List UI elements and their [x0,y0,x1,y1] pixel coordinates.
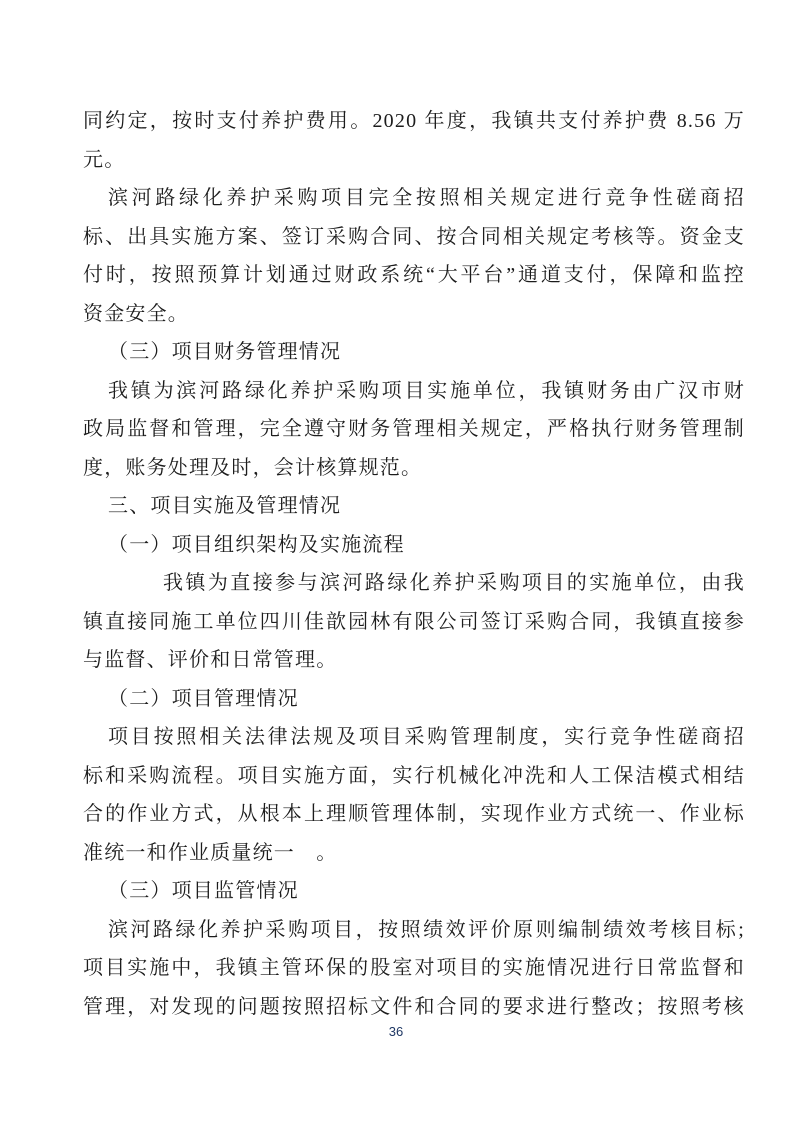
text-line: 我镇为直接参与滨河路绿化养护采购项目的实施单位，由我 [83,564,745,603]
text-line: 政局监督和管理，完全遵守财务管理相关规定，严格执行财务管理制 [83,410,745,449]
text-line: 度，账务处理及时，会计核算规范。 [83,449,745,488]
text-line: （三）项目财务管理情况 [83,333,745,372]
text-line: 我镇为滨河路绿化养护采购项目实施单位，我镇财务由广汉市财 [83,372,745,411]
text-block: 同约定，按时支付养护费用。2020 年度，我镇共支付养护费 8.56 万元。滨河… [83,102,745,1026]
text-line: 标、出具实施方案、签订采购合同、按合同相关规定考核等。资金支 [83,218,745,257]
text-line: 滨河路绿化养护采购项目，按照绩效评价原则编制绩效考核目标; [83,911,745,950]
text-line: 镇直接同施工单位四川佳歆园林有限公司签订采购合同，我镇直接参 [83,603,745,642]
text-line: 资金安全。 [83,295,745,334]
text-line: 项目实施中，我镇主管环保的股室对项目的实施情况进行日常监督和 [83,949,745,988]
text-line: 准统一和作业质量统一 。 [83,834,745,873]
page-number: 36 [0,1022,792,1042]
text-line: 同约定，按时支付养护费用。2020 年度，我镇共支付养护费 8.56 万 [83,102,745,141]
text-line: 项目按照相关法律法规及项目采购管理制度，实行竞争性磋商招 [83,718,745,757]
text-line: 管理，对发现的问题按照招标文件和合同的要求进行整改；按照考核 [83,988,745,1027]
text-line: 元。 [83,141,745,180]
text-line: 滨河路绿化养护采购项目完全按照相关规定进行竞争性磋商招 [83,179,745,218]
text-line: （三）项目监管情况 [83,872,745,911]
text-line: 付时，按照预算计划通过财政系统“大平台”通道支付，保障和监控 [83,256,745,295]
text-line: （一）项目组织架构及实施流程 [83,526,745,565]
text-line: 与监督、评价和日常管理。 [83,641,745,680]
text-line: 标和采购流程。项目实施方面，实行机械化冲洗和人工保洁模式相结 [83,757,745,796]
text-line: 合的作业方式，从根本上理顺管理体制，实现作业方式统一、作业标 [83,795,745,834]
text-line: （二）项目管理情况 [83,680,745,719]
text-line: 三、项目实施及管理情况 [83,487,745,526]
document-page: 同约定，按时支付养护费用。2020 年度，我镇共支付养护费 8.56 万元。滨河… [0,0,792,1122]
